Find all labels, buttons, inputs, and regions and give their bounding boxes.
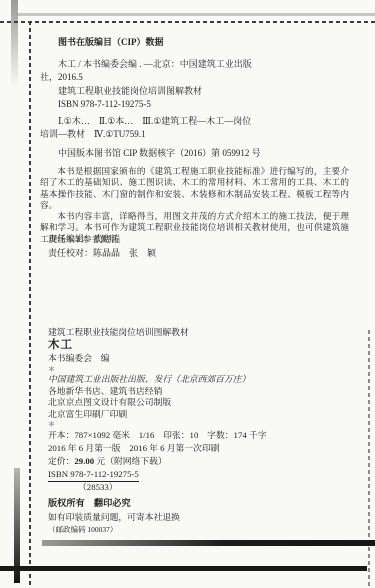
isbn-number: ISBN 978-7-112-19275-5: [48, 468, 139, 482]
quality-note: 如有印装质量问题，可寄本社退换: [48, 511, 349, 524]
copyright-notice: 版权所有 翻印必究: [48, 496, 349, 511]
cip-record-line: 建筑工程职业技能岗位培训图解教材: [40, 85, 349, 98]
divider-star: ＊: [48, 365, 349, 374]
price-label: 定价：: [48, 456, 74, 466]
plate-making-line: 北京京点图文设计有限公司制版: [48, 397, 349, 408]
cip-classification-line: 培训—教材 Ⅳ.①TU759.1: [40, 128, 349, 141]
responsible-proofreader: 责任校对：陈晶晶 张 颖: [40, 247, 349, 261]
publisher-line: 中国建筑工业出版社出版、发行（北京西郊百万庄）: [48, 374, 349, 385]
price-value: 29.00: [74, 456, 94, 466]
divider-star: ＊: [48, 420, 349, 429]
staff-block: 责任编辑：武晓涛 责任校对：陈晶晶 张 颖: [40, 233, 349, 260]
cip-header: 图书在版编目（CIP）数据: [40, 36, 349, 49]
left-dashed-trim-line: [29, 21, 31, 588]
price-note: 元（附网络下载）: [94, 456, 167, 466]
top-dashed-trim-line: [0, 21, 375, 23]
cip-record-line: 木工 / 本书编委会编 . —北京：中国建筑工业出版: [40, 58, 349, 71]
bottom-gradient-bar: [42, 540, 375, 546]
cip-classification-line: Ⅰ.①木… Ⅱ.①本… Ⅲ.①建筑工程—木工—岗位: [40, 115, 349, 128]
cip-record-number: 中国版本图书馆 CIP 数据核字（2016）第 059912 号: [40, 147, 349, 160]
postal-code: （邮政编码 100037）: [48, 524, 349, 535]
price-line: 定价：29.00 元（附网络下载）: [48, 455, 349, 468]
book-editor: 本书编委会 编: [48, 352, 349, 365]
bottom-trim-bar: [0, 566, 367, 571]
colophon-block: 建筑工程职业技能岗位培训图解教材 木工 本书编委会 编 ＊ 中国建筑工业出版社出…: [48, 327, 349, 535]
book-copyright-page: 图书在版编目（CIP）数据 木工 / 本书编委会编 . —北京：中国建筑工业出版…: [0, 0, 375, 588]
book-number: （28533）: [48, 482, 349, 493]
series-title: 建筑工程职业技能岗位培训图解教材: [48, 327, 349, 338]
printing-line: 北京富生印刷厂印刷: [48, 409, 349, 420]
right-dashed-trim-line: [368, 330, 370, 588]
format-line: 开本：787×1092 毫米 1/16 印张：10 字数：174 千字: [48, 429, 349, 442]
cip-record-line: ISBN 978-7-112-19275-5: [40, 98, 349, 111]
distribution-line: 各地新华书店、建筑书店经销: [48, 386, 349, 397]
edition-line: 2016 年 6 月第一版 2016 年 6 月第一次印刷: [48, 442, 349, 455]
cip-record-line: 社，2016.5: [40, 71, 349, 84]
top-page-edge-band: [16, 13, 375, 16]
isbn-line: ISBN 978-7-112-19275-5: [48, 468, 349, 482]
cip-block: 图书在版编目（CIP）数据 木工 / 本书编委会编 . —北京：中国建筑工业出版…: [40, 36, 349, 161]
summary-paragraph: 本书是根据国家颁布的《建筑工程施工职业技能标准》进行编写的，主要介绍了木工的基础…: [40, 166, 349, 211]
book-title: 木工: [48, 338, 349, 352]
top-left-crop-bar: [11, 0, 18, 88]
responsible-editor: 责任编辑：武晓涛: [40, 233, 349, 247]
